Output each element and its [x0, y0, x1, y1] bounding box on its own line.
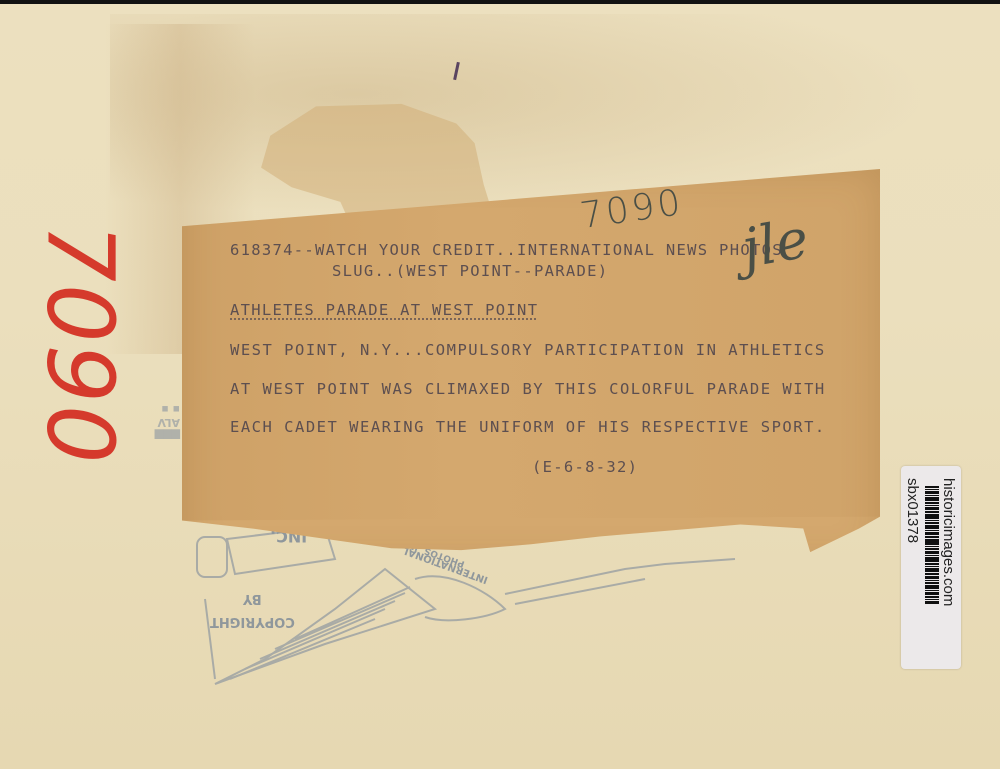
stamp-by: BY: [243, 591, 262, 606]
headline: ATHLETES PARADE AT WEST POINT: [230, 301, 538, 319]
slug-line: SLUG..(WEST POINT--PARADE): [332, 262, 608, 280]
barcode-label: historicimages.com sbx01378: [901, 466, 961, 669]
barcode-id: sbx01378: [904, 478, 921, 543]
barcode-icon: [925, 486, 939, 646]
caption-body-line-2: AT WEST POINT WAS CLIMAXED BY THIS COLOR…: [230, 380, 826, 398]
red-crayon-number: 7090: [25, 219, 135, 469]
caption-body-line-1: WEST POINT, N.Y...COMPULSORY PARTICIPATI…: [230, 341, 826, 359]
photo-back: 7090 ▆▆▆ALV▪ ▪ COPYRIGHT BY INTERNATIONA…: [0, 4, 1000, 769]
red-number-text: 7090: [27, 223, 134, 465]
stamp-copyright: COPYRIGHT: [210, 614, 295, 629]
faded-stamp-fragment: ▆▆▆ALV▪ ▪: [140, 382, 180, 442]
pencil-initials: jle: [737, 207, 813, 281]
barcode-site: historicimages.com: [940, 478, 957, 606]
credit-line: 618374--WATCH YOUR CREDIT..INTERNATIONAL…: [230, 241, 783, 259]
caption-body-line-3: EACH CADET WEARING THE UNIFORM OF HIS RE…: [230, 418, 826, 436]
date-code: (E-6-8-32): [532, 458, 638, 476]
